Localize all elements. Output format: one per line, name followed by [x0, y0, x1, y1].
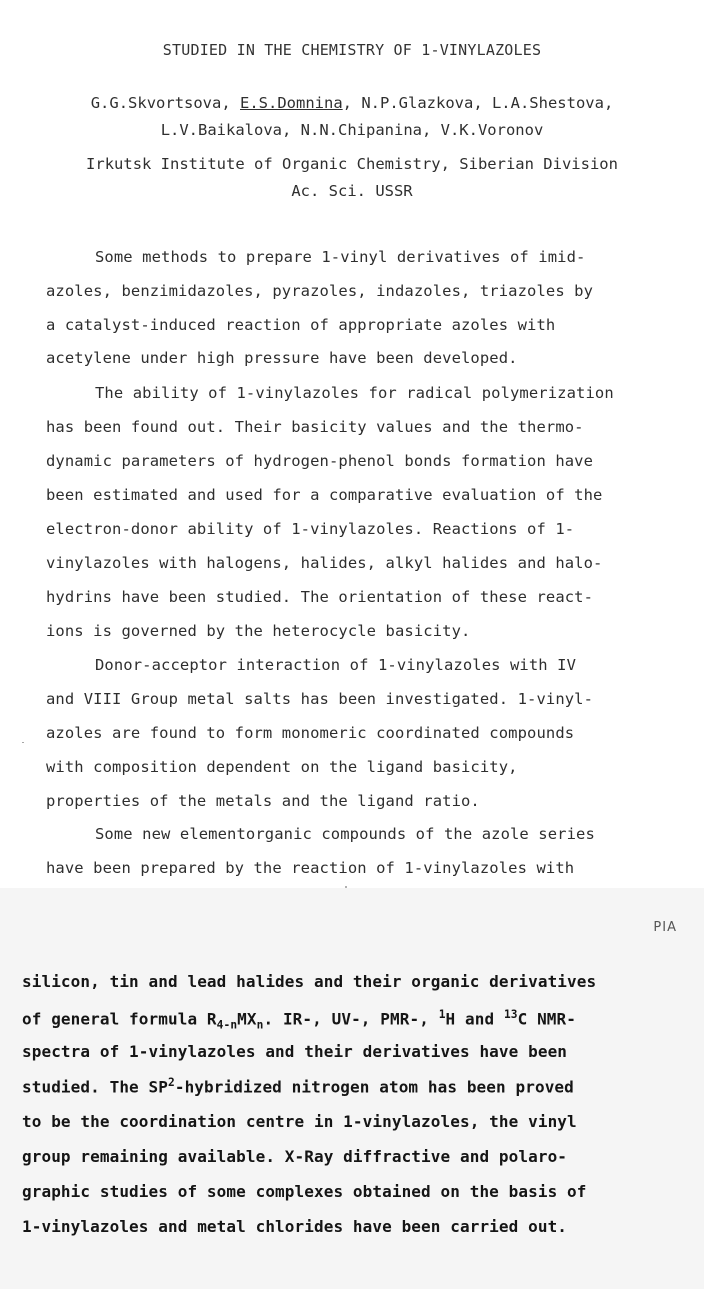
text: -hybridized nitrogen atom has been prove…	[175, 1077, 574, 1096]
superscript: 13	[504, 1008, 518, 1021]
subscript: 4-n	[217, 1019, 238, 1032]
superscript: 2	[168, 1076, 175, 1089]
abstract-line: have been prepared by the reaction of 1-…	[46, 859, 574, 877]
abstract-line: properties of the metals and the ligand …	[46, 792, 480, 810]
continuation-line-5: to be the coordination centre in 1-vinyl…	[22, 1112, 577, 1131]
abstract-line: a catalyst-induced reaction of appropria…	[46, 316, 555, 334]
presenting-author: E.S.Domnina	[240, 94, 343, 112]
continuation-line-8: 1-vinylazoles and metal chlorides have b…	[22, 1217, 567, 1236]
superscript: 1	[439, 1008, 446, 1021]
abstract-line: been estimated and used for a comparativ…	[46, 486, 602, 504]
abstract-line: Donor-acceptor interaction of 1-vinylazo…	[95, 656, 576, 674]
abstract-line: vinylazoles with halogens, halides, alky…	[46, 554, 602, 572]
affiliation-line-1: Irkutsk Institute of Organic Chemistry, …	[0, 155, 704, 173]
scan-speck	[22, 742, 24, 743]
author-text: , N.P.Glazkova, L.A.Shestova,	[343, 94, 614, 112]
text: studied. The SP	[22, 1077, 168, 1096]
abstract-line: dynamic parameters of hydrogen-phenol bo…	[46, 452, 593, 470]
abstract-line: The ability of 1-vinylazoles for radical…	[95, 384, 614, 402]
author-text: G.G.Skvortsova,	[91, 94, 240, 112]
abstract-line: hydrins have been studied. The orientati…	[46, 588, 593, 606]
text: . IR-, UV-, PMR-,	[263, 1009, 438, 1028]
continuation-line-3: spectra of 1-vinylazoles and their deriv…	[22, 1042, 567, 1061]
authors-line-2: L.V.Baikalova, N.N.Chipanina, V.K.Vorono…	[0, 121, 704, 139]
abstract-line: acetylene under high pressure have been …	[46, 349, 518, 367]
abstract-line: Some methods to prepare 1-vinyl derivati…	[95, 248, 585, 266]
continuation-line-1: silicon, tin and lead halides and their …	[22, 972, 596, 991]
abstract-line: electron-donor ability of 1-vinylazoles.…	[46, 520, 574, 538]
text: C NMR-	[518, 1009, 576, 1028]
text: H and	[446, 1009, 504, 1028]
text: of general formula R	[22, 1009, 217, 1028]
abstract-line: azoles are found to form monomeric coord…	[46, 724, 574, 742]
abstract-line: with composition dependent on the ligand…	[46, 758, 518, 776]
continuation-line-6: group remaining available. X-Ray diffrac…	[22, 1147, 567, 1166]
authors-line-1: G.G.Skvortsova, E.S.Domnina, N.P.Glazkov…	[0, 94, 704, 112]
abstract-line: azoles, benzimidazoles, pyrazoles, indaz…	[46, 282, 593, 300]
scan-speck	[345, 886, 347, 888]
continuation-line-7: graphic studies of some complexes obtain…	[22, 1182, 587, 1201]
abstract-line: ions is governed by the heterocycle basi…	[46, 622, 470, 640]
abstract-line: and VIII Group metal salts has been inve…	[46, 690, 593, 708]
continuation-line-2: of general formula R4-nMXn. IR-, UV-, PM…	[22, 1008, 576, 1032]
text: MX	[237, 1009, 256, 1028]
continuation-line-4: studied. The SP2-hybridized nitrogen ato…	[22, 1076, 574, 1096]
affiliation-line-2: Ac. Sci. USSR	[0, 182, 704, 200]
abstract-line: has been found out. Their basicity value…	[46, 418, 584, 436]
page-mark: PIA	[653, 920, 677, 935]
paper-title: STUDIED IN THE CHEMISTRY OF 1-VINYLAZOLE…	[0, 41, 704, 59]
abstract-line: Some new elementorganic compounds of the…	[95, 825, 595, 843]
